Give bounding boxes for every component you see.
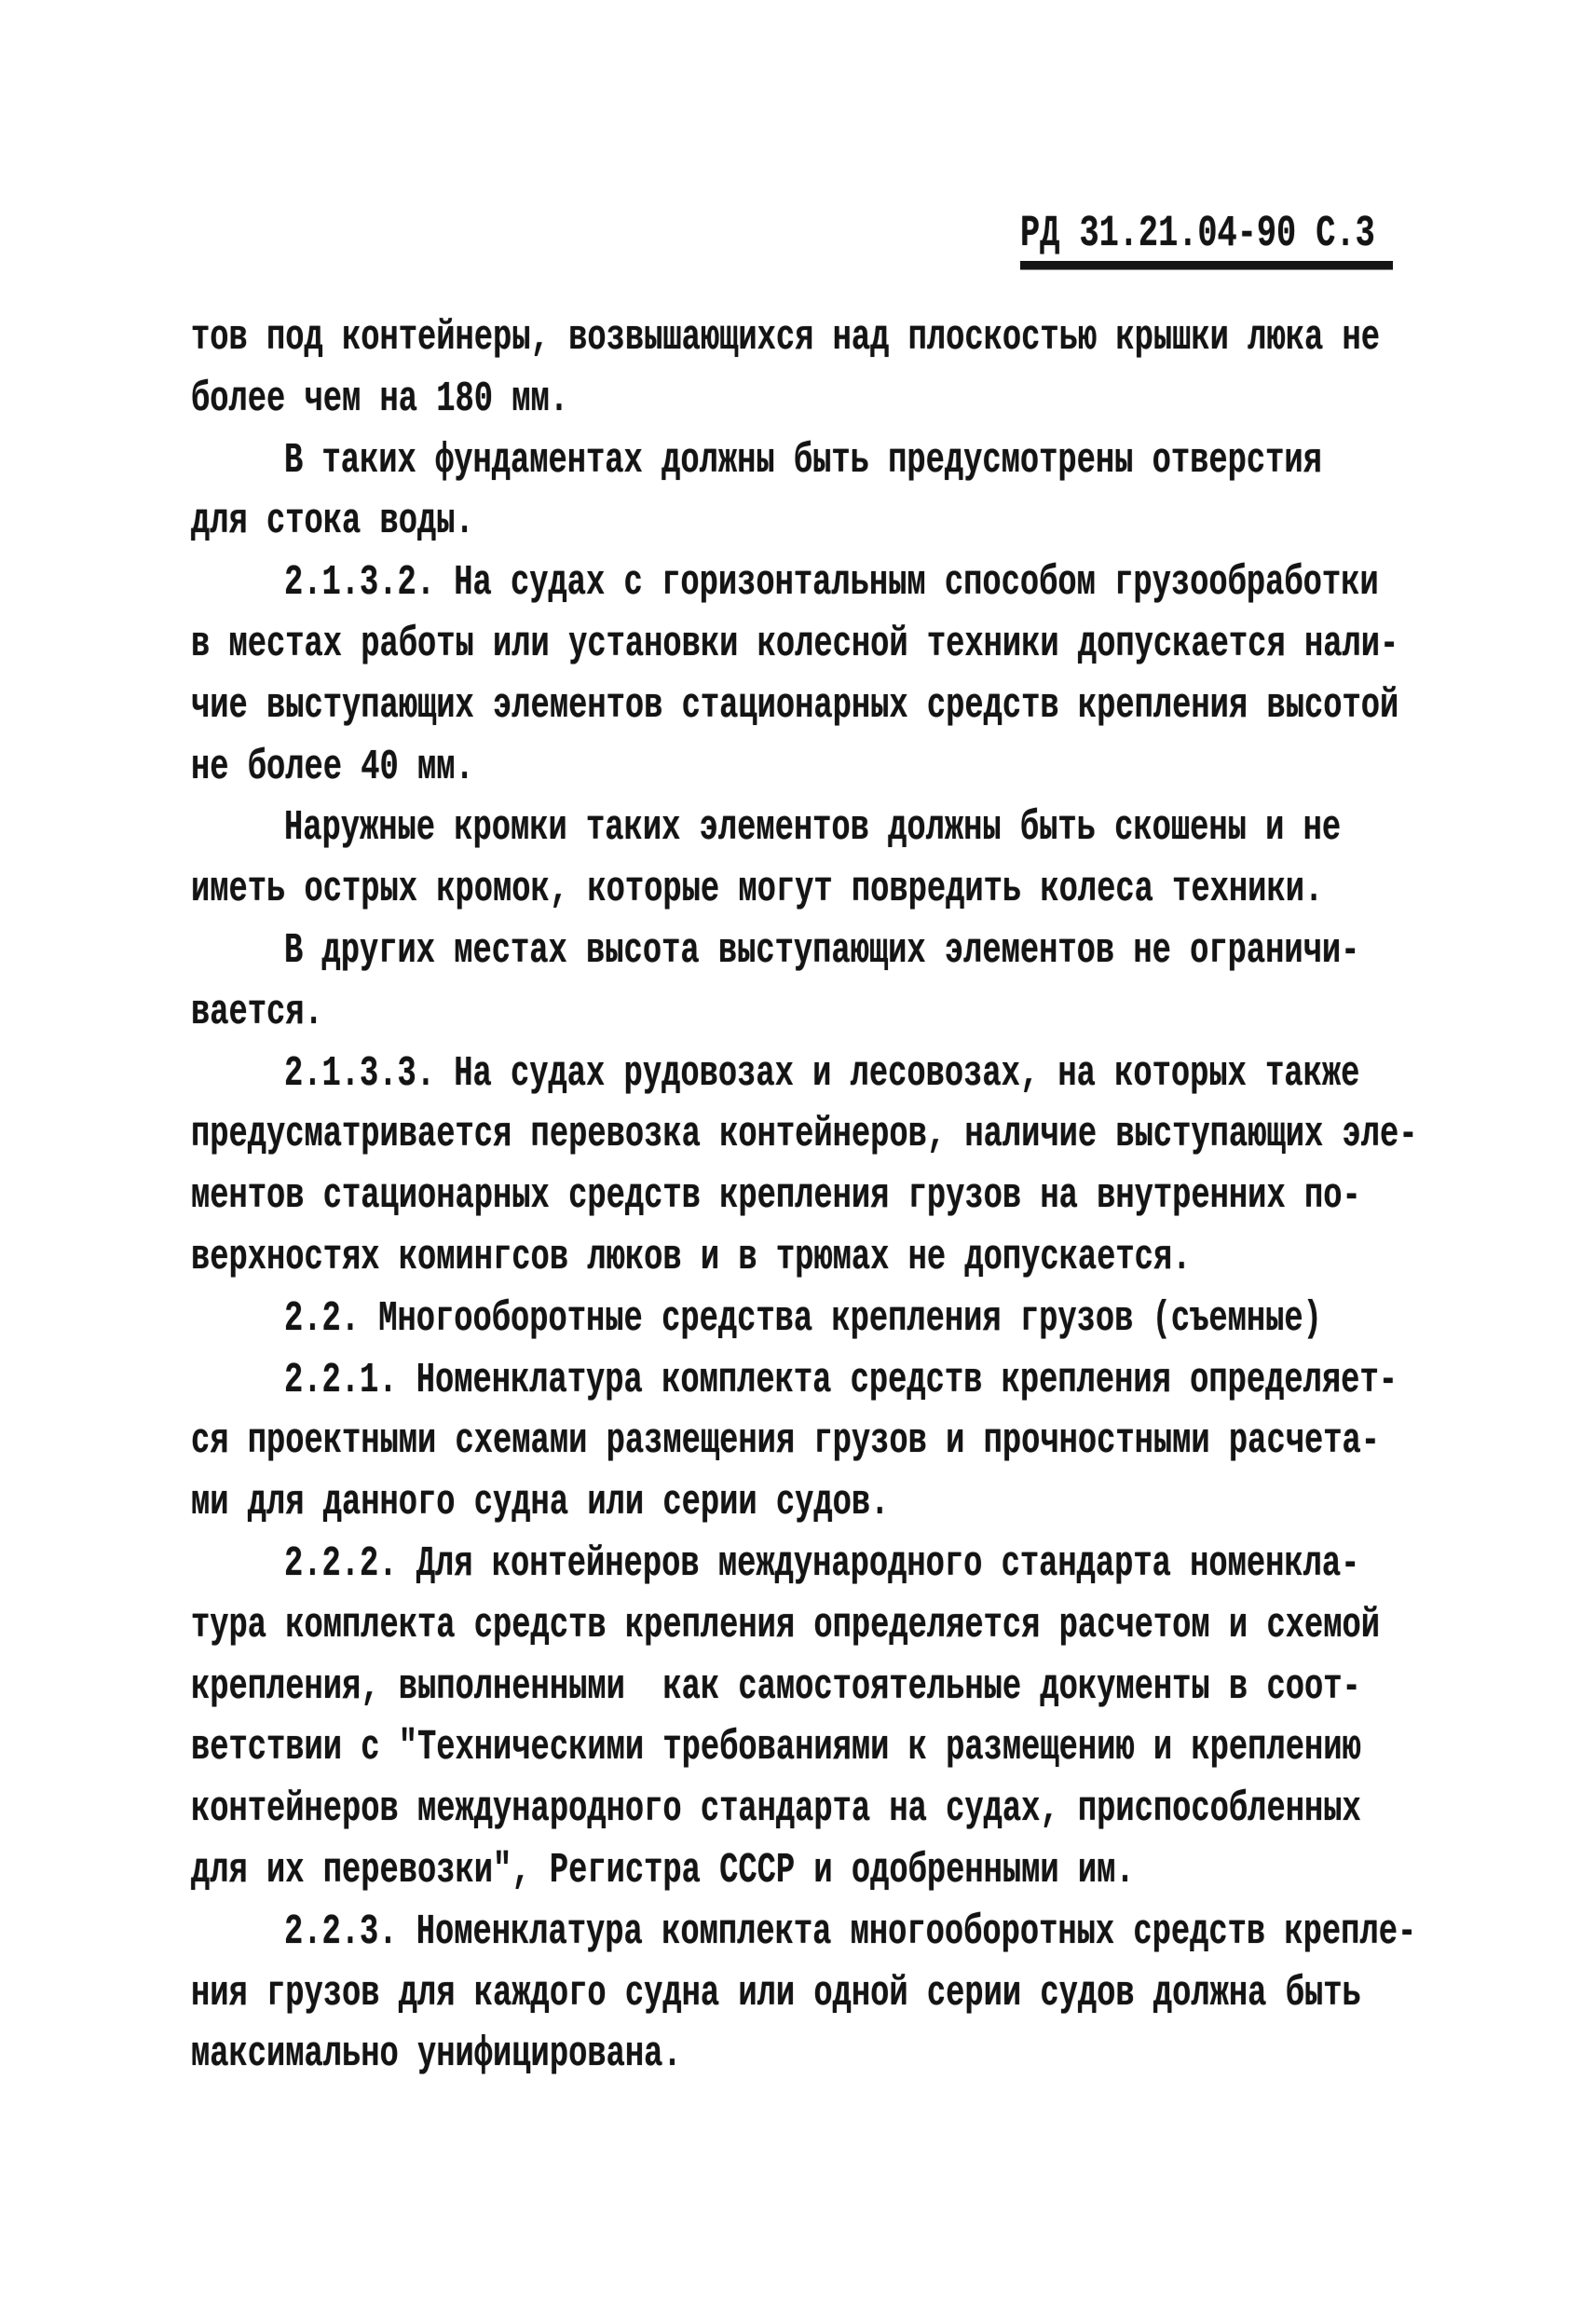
- text-line: контейнеров международного стандарта на …: [191, 1779, 1444, 1840]
- text-line: ся проектными схемами размещения грузов …: [191, 1411, 1444, 1472]
- text-line-content: 2.2.3. Номенклатура комплекта многооборо…: [284, 1902, 1416, 1963]
- text-line-content: 2.1.3.2. На судах с горизонтальным спосо…: [284, 553, 1379, 614]
- text-line: ния грузов для каждого судна или одной с…: [191, 1963, 1444, 2025]
- text-line-content: 2.2.2. Для контейнеров международного ст…: [284, 1534, 1359, 1595]
- text-line-content: для стока воды.: [191, 491, 474, 553]
- text-line-content: тура комплекта средств крепления определ…: [191, 1595, 1380, 1657]
- text-line-content: вается.: [191, 982, 323, 1044]
- text-line-content: В таких фундаментах должны быть предусмо…: [284, 431, 1322, 492]
- text-line-content: иметь острых кромок, которые могут повре…: [191, 859, 1323, 921]
- text-line: крепления, выполненными как самостоятель…: [191, 1657, 1444, 1718]
- text-line: 2.1.3.2. На судах с горизонтальным спосо…: [191, 553, 1444, 614]
- text-line: иметь острых кромок, которые могут повре…: [191, 859, 1444, 921]
- text-line-content: более чем на 180 мм.: [191, 369, 568, 431]
- document-body: тов под контейнеры, возвышающихся над пл…: [191, 308, 1444, 2085]
- text-line: ментов стационарных средств крепления гр…: [191, 1166, 1444, 1227]
- text-line: максимально унифицирована.: [191, 2024, 1444, 2085]
- text-line: вается.: [191, 982, 1444, 1044]
- text-line: тов под контейнеры, возвышающихся над пл…: [191, 308, 1444, 369]
- text-line-content: 2.2. Многооборотные средства крепления г…: [284, 1289, 1322, 1350]
- text-line: не более 40 мм.: [191, 737, 1444, 799]
- text-line: 2.2.1. Номенклатура комплекта средств кр…: [191, 1350, 1444, 1412]
- text-line: 2.2.3. Номенклатура комплекта многооборо…: [191, 1902, 1444, 1963]
- text-line: 2.2.2. Для контейнеров международного ст…: [191, 1534, 1444, 1595]
- text-line-content: максимально унифицирована.: [191, 2024, 682, 2085]
- text-line-content: крепления, выполненными как самостоятель…: [191, 1657, 1361, 1718]
- text-line-content: для их перевозки", Регистра СССР и одобр…: [191, 1840, 1135, 1902]
- text-line: верхностях комингсов люков и в трюмах не…: [191, 1227, 1444, 1289]
- text-line-content: ся проектными схемами размещения грузов …: [191, 1411, 1380, 1472]
- text-line-content: В других местах высота выступающих элеме…: [284, 921, 1359, 982]
- text-line-content: ния грузов для каждого судна или одной с…: [191, 1963, 1361, 2025]
- text-line: В других местах высота выступающих элеме…: [191, 921, 1444, 982]
- text-line-content: 2.2.1. Номенклатура комплекта средств кр…: [284, 1350, 1398, 1412]
- text-line-content: ментов стационарных средств крепления гр…: [191, 1166, 1361, 1227]
- text-line: ми для данного судна или серии судов.: [191, 1472, 1444, 1534]
- text-line: тура комплекта средств крепления определ…: [191, 1595, 1444, 1657]
- text-line-content: верхностях комингсов люков и в трюмах не…: [191, 1227, 1191, 1289]
- text-line-content: в местах работы или установки колесной т…: [191, 614, 1398, 676]
- text-line-content: 2.1.3.3. На судах рудовозах и лесовозах,…: [284, 1044, 1359, 1105]
- doc-code-header: РД 31.21.04-90 С.3: [1020, 209, 1393, 269]
- text-line: в местах работы или установки колесной т…: [191, 614, 1444, 676]
- text-line: чие выступающих элементов стационарных с…: [191, 676, 1444, 737]
- text-line-content: чие выступающих элементов стационарных с…: [191, 676, 1398, 737]
- text-line: более чем на 180 мм.: [191, 369, 1444, 431]
- document-page: РД 31.21.04-90 С.3 тов под контейнеры, в…: [0, 0, 1596, 2311]
- text-line-content: ветствии с "Техническими требованиями к …: [191, 1717, 1361, 1779]
- text-line-content: предусматривается перевозка контейнеров,…: [191, 1104, 1417, 1166]
- text-line: Наружные кромки таких элементов должны б…: [191, 798, 1444, 859]
- text-line: 2.1.3.3. На судах рудовозах и лесовозах,…: [191, 1044, 1444, 1105]
- text-line-content: контейнеров международного стандарта на …: [191, 1779, 1361, 1840]
- text-line-content: не более 40 мм.: [191, 737, 474, 799]
- text-line: ветствии с "Техническими требованиями к …: [191, 1717, 1444, 1779]
- text-line: предусматривается перевозка контейнеров,…: [191, 1104, 1444, 1166]
- text-line: для их перевозки", Регистра СССР и одобр…: [191, 1840, 1444, 1902]
- text-line: для стока воды.: [191, 491, 1444, 553]
- text-line-content: ми для данного судна или серии судов.: [191, 1472, 889, 1534]
- text-line-content: Наружные кромки таких элементов должны б…: [284, 798, 1341, 859]
- text-line: В таких фундаментах должны быть предусмо…: [191, 431, 1444, 492]
- text-line: 2.2. Многооборотные средства крепления г…: [191, 1289, 1444, 1350]
- doc-code-text: РД 31.21.04-90 С.3: [1020, 209, 1375, 261]
- text-line-content: тов под контейнеры, возвышающихся над пл…: [191, 308, 1380, 369]
